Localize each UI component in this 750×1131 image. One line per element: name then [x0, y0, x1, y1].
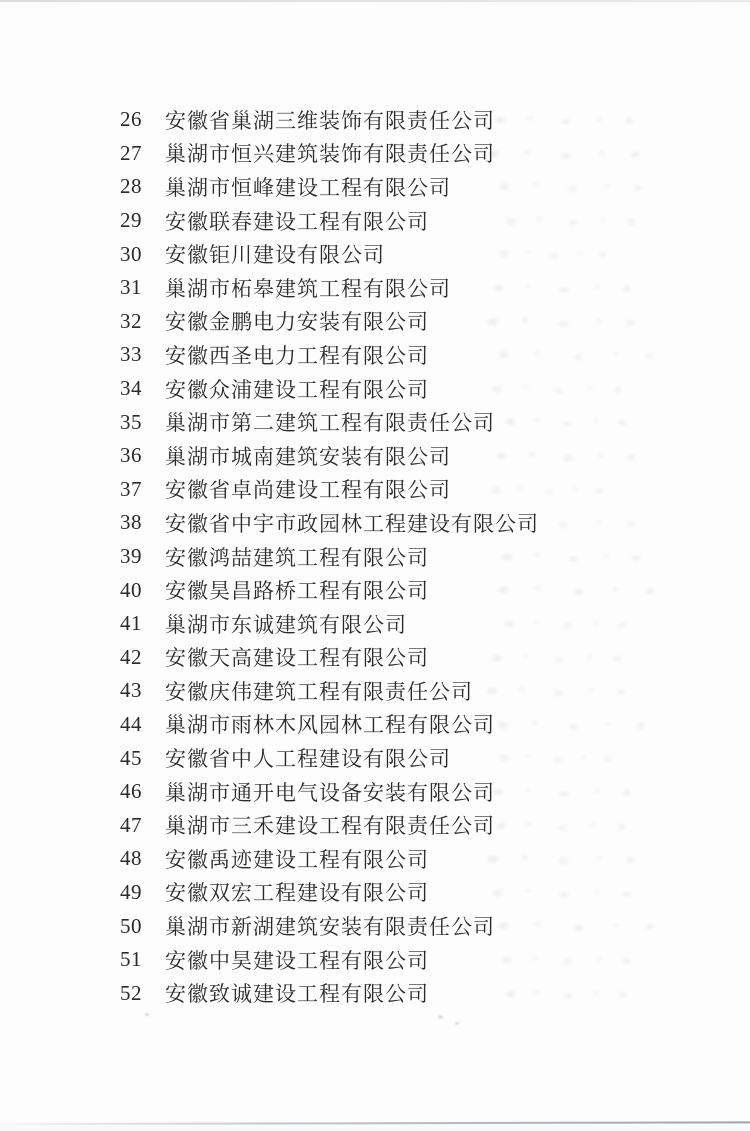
bleed-through-artifact: [486, 482, 606, 498]
bleed-through-artifact: [500, 213, 640, 229]
list-item: 48 安徽禹迹建设工程有限公司: [120, 842, 539, 876]
list-item: 42 安徽天高建设工程有限公司: [120, 641, 539, 675]
bleed-through-artifact: [486, 784, 636, 800]
company-name: 安徽双宏工程建设有限公司: [165, 877, 429, 907]
item-number: 30: [120, 242, 165, 267]
list-item: 33 安徽西圣电力工程有限公司: [120, 338, 539, 372]
bleed-through-artifact: [490, 347, 660, 363]
bleed-through-artifact: [492, 179, 647, 195]
company-name: 巢湖市柘皋建筑工程有限公司: [165, 273, 451, 303]
list-item: 43 安徽庆伟建筑工程有限责任公司: [120, 674, 539, 708]
item-number: 43: [120, 678, 165, 703]
bleed-through-artifact: [490, 818, 630, 834]
bleed-through-artifact: [486, 885, 636, 901]
item-number: 33: [120, 342, 165, 367]
list-item: 51 安徽中昊建设工程有限公司: [120, 943, 539, 977]
company-name: 巢湖市恒峰建设工程有限公司: [165, 172, 451, 202]
item-number: 29: [120, 208, 165, 233]
item-number: 42: [120, 645, 165, 670]
list-item: 39 安徽鸿喆建筑工程有限公司: [120, 540, 539, 574]
company-name: 巢湖市第二建筑工程有限责任公司: [165, 407, 495, 437]
list-item: 31 巢湖市柘皋建筑工程有限公司: [120, 271, 539, 305]
bleed-through-artifact: [500, 616, 630, 632]
company-name: 安徽众浦建设工程有限公司: [165, 374, 429, 404]
bleed-through-artifact: [495, 952, 635, 968]
list-item: 40 安徽昊昌路桥工程有限公司: [120, 573, 539, 607]
bleed-through-artifact: [490, 582, 660, 598]
company-name: 安徽昊昌路桥工程有限公司: [165, 575, 429, 605]
item-number: 51: [120, 947, 165, 972]
bleed-through-artifact: [486, 381, 626, 397]
company-name: 巢湖市雨林木风园林工程有限公司: [165, 709, 495, 739]
bleed-through-artifact: [495, 246, 610, 262]
list-item: 36 巢湖市城南建筑安装有限公司: [120, 439, 539, 473]
item-number: 36: [120, 443, 165, 468]
list-item: 50 巢湖市新湖建筑安装有限责任公司: [120, 909, 539, 943]
list-item: 49 安徽双宏工程建设有限公司: [120, 876, 539, 910]
item-number: 37: [120, 477, 165, 502]
bleed-through-artifact: [500, 986, 630, 1002]
item-number: 46: [120, 779, 165, 804]
company-name: 安徽联春建设工程有限公司: [165, 206, 429, 236]
list-item: 41 巢湖市东诚建筑有限公司: [120, 607, 539, 641]
bleed-through-artifact: [486, 280, 636, 296]
company-name: 安徽省中人工程建设有限公司: [165, 743, 451, 773]
item-number: 49: [120, 880, 165, 905]
company-name: 巢湖市城南建筑安装有限公司: [165, 441, 451, 471]
bleed-through-artifact: [495, 549, 645, 565]
bleed-through-artifact: [495, 750, 615, 766]
scan-speck: [438, 1015, 443, 1019]
company-name: 安徽西圣电力工程有限公司: [165, 340, 429, 370]
item-number: 40: [120, 578, 165, 603]
item-number: 35: [120, 410, 165, 435]
item-number: 44: [120, 712, 165, 737]
list-item: 28 巢湖市恒峰建设工程有限公司: [120, 170, 539, 204]
item-number: 45: [120, 746, 165, 771]
list-item: 38 安徽省中宇市政园林工程建设有限公司: [120, 506, 539, 540]
company-name: 安徽致诚建设工程有限公司: [165, 978, 429, 1008]
item-number: 48: [120, 846, 165, 871]
list-item: 46 巢湖市通开电气设备安装有限公司: [120, 775, 539, 809]
item-number: 28: [120, 174, 165, 199]
company-name: 巢湖市恒兴建筑装饰有限责任公司: [165, 138, 495, 168]
bleed-through-artifact: [488, 112, 638, 128]
item-number: 50: [120, 914, 165, 939]
scan-speck: [145, 1013, 149, 1016]
list-item: 34 安徽众浦建设工程有限公司: [120, 372, 539, 406]
company-name: 安徽禹迹建设工程有限公司: [165, 844, 429, 874]
item-number: 38: [120, 510, 165, 535]
bleed-through-artifact: [490, 717, 650, 733]
list-item: 35 巢湖市第二建筑工程有限责任公司: [120, 405, 539, 439]
bleed-through-artifact: [480, 683, 630, 699]
company-name: 安徽庆伟建筑工程有限责任公司: [165, 676, 473, 706]
company-name: 巢湖市新湖建筑安装有限责任公司: [165, 911, 495, 941]
item-number: 31: [120, 275, 165, 300]
company-name: 安徽钜川建设有限公司: [165, 239, 385, 269]
item-number: 39: [120, 544, 165, 569]
bleed-through-artifact: [490, 448, 640, 464]
company-list: 26 安徽省巢湖三维装饰有限责任公司 27 巢湖市恒兴建筑装饰有限责任公司 28…: [120, 103, 539, 1010]
bleed-through-artifact: [480, 515, 640, 531]
bleed-through-artifact: [490, 918, 660, 934]
scan-edge-bottom: [0, 1121, 750, 1125]
list-item: 45 安徽省中人工程建设有限公司: [120, 741, 539, 775]
list-item: 30 安徽钜川建设有限公司: [120, 237, 539, 271]
list-item: 26 安徽省巢湖三维装饰有限责任公司: [120, 103, 539, 137]
scan-speck: [455, 1022, 459, 1025]
item-number: 52: [120, 981, 165, 1006]
company-name: 安徽天高建设工程有限公司: [165, 642, 429, 672]
list-item: 32 安徽金鹏电力安装有限公司: [120, 305, 539, 339]
bleed-through-artifact: [486, 650, 626, 666]
list-item: 44 巢湖市雨林木风园林工程有限公司: [120, 708, 539, 742]
list-item: 52 安徽致诚建设工程有限公司: [120, 976, 539, 1010]
company-name: 巢湖市通开电气设备安装有限公司: [165, 777, 495, 807]
item-number: 27: [120, 141, 165, 166]
company-name: 安徽省巢湖三维装饰有限责任公司: [165, 105, 495, 135]
list-item: 27 巢湖市恒兴建筑装饰有限责任公司: [120, 137, 539, 171]
bleed-through-artifact: [480, 851, 640, 867]
item-number: 26: [120, 107, 165, 132]
bleed-through-artifact: [500, 414, 630, 430]
item-number: 32: [120, 309, 165, 334]
company-name: 安徽金鹏电力安装有限公司: [165, 306, 429, 336]
scanned-page: 26 安徽省巢湖三维装饰有限责任公司 27 巢湖市恒兴建筑装饰有限责任公司 28…: [0, 0, 750, 1131]
company-name: 巢湖市东诚建筑有限公司: [165, 609, 407, 639]
company-name: 安徽省卓尚建设工程有限公司: [165, 474, 451, 504]
list-item: 47 巢湖市三禾建设工程有限责任公司: [120, 808, 539, 842]
item-number: 47: [120, 813, 165, 838]
bleed-through-artifact: [480, 146, 645, 162]
bleed-through-artifact: [480, 314, 640, 330]
list-item: 29 安徽联春建设工程有限公司: [120, 204, 539, 238]
list-item: 37 安徽省卓尚建设工程有限公司: [120, 473, 539, 507]
scan-edge-top: [0, 0, 750, 2]
item-number: 34: [120, 376, 165, 401]
company-name: 安徽鸿喆建筑工程有限公司: [165, 542, 429, 572]
item-number: 41: [120, 611, 165, 636]
company-name: 安徽中昊建设工程有限公司: [165, 945, 429, 975]
company-name: 巢湖市三禾建设工程有限责任公司: [165, 810, 495, 840]
